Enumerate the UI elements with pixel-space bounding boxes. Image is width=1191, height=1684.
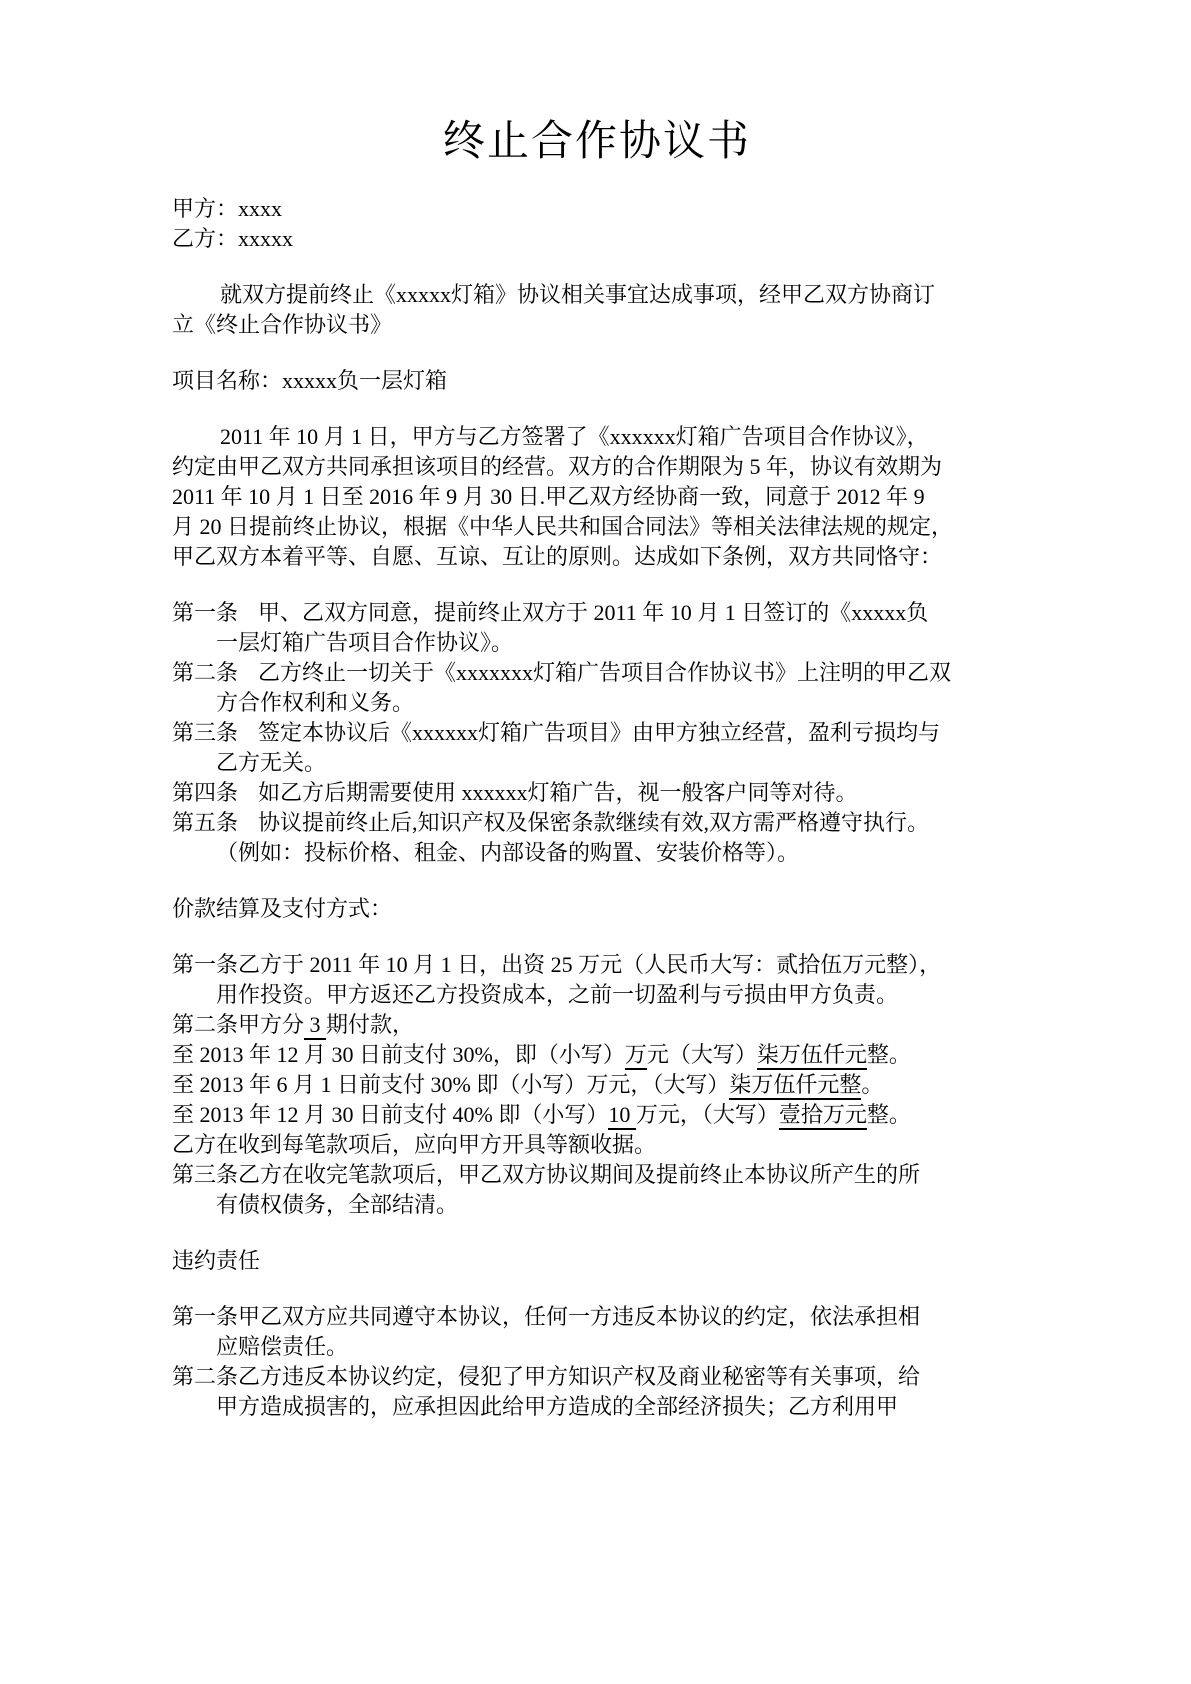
payment-term-2-pre: 第二条甲方分 bbox=[172, 1012, 304, 1037]
term-2-label: 第二条 bbox=[172, 660, 238, 685]
term-5-text: 协议提前终止后,知识产权及保密条款继续有效,双方需严格遵守执行。 bbox=[258, 810, 929, 835]
payment-term-1-line-2: 用作投资。甲方返还乙方投资成本，之前一切盈利与亏损由甲方负责。 bbox=[172, 980, 1022, 1010]
intro-line-1: 就双方提前终止《xxxxx灯箱》协议相关事宜达成事项，经甲乙双方协商订 bbox=[172, 280, 1022, 310]
spacer bbox=[172, 340, 1022, 366]
background-line-3: 2011 年 10 月 1 日至 2016 年 9 月 30 日.甲乙双方经协商… bbox=[172, 482, 1022, 512]
installment-3-text: 至 2013 年 12 月 30 日前支付 40% 即（小写） bbox=[172, 1102, 608, 1127]
term-4-text: 如乙方后期需要使用 xxxxxx灯箱广告，视一般客户同等对待。 bbox=[258, 780, 858, 805]
term-3-label: 第三条 bbox=[172, 720, 238, 745]
blank-installment-count: 3 bbox=[304, 1012, 326, 1040]
breach-term-1-line-1: 第一条甲乙双方应共同遵守本协议，任何一方违反本协议的约定，依法承担相 bbox=[172, 1302, 1022, 1332]
term-2-line-1: 第二条乙方终止一切关于《xxxxxxx灯箱广告项目合作协议书》上注明的甲乙双 bbox=[172, 658, 1022, 688]
payment-term-1-line-1: 第一条乙方于 2011 年 10 月 1 日，出资 25 万元（人民币大写：贰拾… bbox=[172, 950, 1022, 980]
term-1-text: 甲、乙双方同意，提前终止双方于 2011 年 10 月 1 日签订的《xxxxx… bbox=[258, 600, 928, 625]
spacer bbox=[172, 1276, 1022, 1302]
spacer bbox=[172, 868, 1022, 894]
party-a-line: 甲方：xxxx bbox=[172, 194, 1022, 224]
term-1-line-1: 第一条甲、乙双方同意，提前终止双方于 2011 年 10 月 1 日签订的《xx… bbox=[172, 598, 1022, 628]
installment-1-line: 至 2013 年 12 月 30 日前支付 30%，即（小写）万元（大写）柒万伍… bbox=[172, 1040, 1022, 1070]
background-line-2: 约定由甲乙双方共同承担该项目的经营。双方的合作期限为 5 年，协议有效期为 bbox=[172, 452, 1022, 482]
term-5-line-1: 第五条协议提前终止后,知识产权及保密条款继续有效,双方需严格遵守执行。 bbox=[172, 808, 1022, 838]
payment-term-2-line: 第二条甲方分 3 期付款， bbox=[172, 1010, 1022, 1040]
blank-amount-lowercase-3: 10 bbox=[608, 1102, 636, 1130]
document-page: 终止合作协议书 甲方：xxxx 乙方：xxxxx 就双方提前终止《xxxxx灯箱… bbox=[0, 0, 1191, 1684]
background-line-5: 甲乙双方本着平等、自愿、互谅、互让的原则。达成如下条例，双方共同恪守： bbox=[172, 542, 1022, 572]
term-2-text: 乙方终止一切关于《xxxxxxx灯箱广告项目合作协议书》上注明的甲乙双 bbox=[258, 660, 951, 685]
spacer bbox=[172, 254, 1022, 280]
installment-3-mid: 万元，（大写） bbox=[636, 1102, 779, 1127]
payment-term-3-line-2: 有债权债务，全部结清。 bbox=[172, 1190, 1022, 1220]
breach-term-2-line-1: 第二条乙方违反本协议约定，侵犯了甲方知识产权及商业秘密等有关事项，给 bbox=[172, 1362, 1022, 1392]
spacer bbox=[172, 572, 1022, 598]
term-1-label: 第一条 bbox=[172, 600, 238, 625]
receipt-line: 乙方在收到每笔款项后，应向甲方开具等额收据。 bbox=[172, 1130, 1022, 1160]
spacer bbox=[172, 396, 1022, 422]
background-line-1: 2011 年 10 月 1 日，甲方与乙方签署了《xxxxxx灯箱广告项目合作协… bbox=[172, 422, 1022, 452]
installment-1-text: 至 2013 年 12 月 30 日前支付 30%，即（小写） bbox=[172, 1042, 625, 1067]
background-line-4: 月 20 日提前终止协议，根据《中华人民共和国合同法》等相关法律法规的规定， bbox=[172, 512, 1022, 542]
term-4-line-1: 第四条如乙方后期需要使用 xxxxxx灯箱广告，视一般客户同等对待。 bbox=[172, 778, 1022, 808]
installment-1-end: 整。 bbox=[867, 1042, 911, 1067]
project-name-line: 项目名称：xxxxx负一层灯箱 bbox=[172, 366, 1022, 396]
payment-term-3-line-1: 第三条乙方在收完笔款项后，甲乙双方协议期间及提前终止本协议所产生的所 bbox=[172, 1160, 1022, 1190]
term-5-line-2: （例如：投标价格、租金、内部设备的购置、安装价格等）。 bbox=[172, 838, 1022, 868]
installment-1-mid: 元（大写） bbox=[647, 1042, 757, 1067]
blank-amount-uppercase-1: 柒万伍仟元 bbox=[757, 1042, 867, 1070]
term-1-line-2: 一层灯箱广告项目合作协议》。 bbox=[172, 628, 1022, 658]
breach-section-heading: 违约责任 bbox=[172, 1246, 1022, 1276]
installment-2-line: 至 2013 年 6 月 1 日前支付 30% 即（小写）万元，（大写）柒万伍仟… bbox=[172, 1070, 1022, 1100]
blank-amount-uppercase-2: 柒万伍仟元整 bbox=[729, 1072, 861, 1100]
term-4-label: 第四条 bbox=[172, 780, 238, 805]
installment-3-line: 至 2013 年 12 月 30 日前支付 40% 即（小写）10 万元，（大写… bbox=[172, 1100, 1022, 1130]
installment-2-end: 。 bbox=[861, 1072, 883, 1097]
party-b-line: 乙方：xxxxx bbox=[172, 224, 1022, 254]
blank-amount-lowercase-1: 万 bbox=[625, 1042, 647, 1070]
spacer bbox=[172, 1220, 1022, 1246]
document-title: 终止合作协议书 bbox=[172, 116, 1022, 168]
term-3-line-2: 乙方无关。 bbox=[172, 748, 1022, 778]
document-content: 终止合作协议书 甲方：xxxx 乙方：xxxxx 就双方提前终止《xxxxx灯箱… bbox=[172, 0, 1022, 1422]
installment-2-text: 至 2013 年 6 月 1 日前支付 30% 即（小写）万元，（大写） bbox=[172, 1072, 729, 1097]
payment-term-2-post: 期付款， bbox=[326, 1012, 414, 1037]
term-2-line-2: 方合作权利和义务。 bbox=[172, 688, 1022, 718]
spacer bbox=[172, 168, 1022, 194]
term-5-label: 第五条 bbox=[172, 810, 238, 835]
payment-section-heading: 价款结算及支付方式： bbox=[172, 894, 1022, 924]
spacer bbox=[172, 924, 1022, 950]
term-3-line-1: 第三条签定本协议后《xxxxxx灯箱广告项目》由甲方独立经营，盈利亏损均与 bbox=[172, 718, 1022, 748]
breach-term-2-line-2: 甲方造成损害的，应承担因此给甲方造成的全部经济损失；乙方利用甲 bbox=[172, 1392, 1022, 1422]
intro-line-2: 立《终止合作协议书》 bbox=[172, 310, 1022, 340]
term-3-text: 签定本协议后《xxxxxx灯箱广告项目》由甲方独立经营，盈利亏损均与 bbox=[258, 720, 940, 745]
blank-amount-uppercase-3: 壹拾万元 bbox=[779, 1102, 867, 1130]
installment-3-end: 整。 bbox=[867, 1102, 911, 1127]
breach-term-1-line-2: 应赔偿责任。 bbox=[172, 1332, 1022, 1362]
